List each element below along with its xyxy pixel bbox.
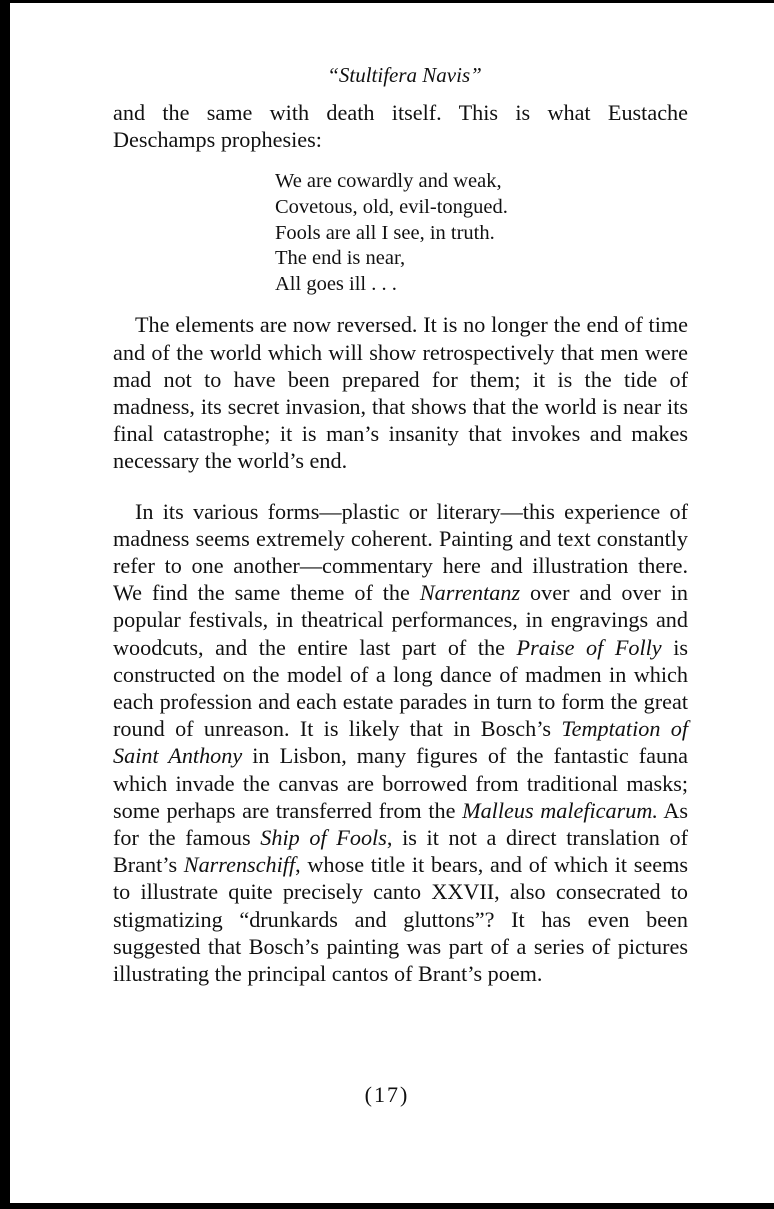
- running-head: “Stultifera Navis”: [121, 60, 688, 90]
- scan-border-left: [0, 0, 10, 1209]
- page-number: (17): [0, 1080, 774, 1110]
- verse-line: The end is near,: [275, 246, 688, 272]
- paragraph-various-forms: In its various forms—plastic or literary…: [113, 498, 688, 988]
- verse-line: All goes ill . . .: [275, 272, 688, 298]
- book-page: “Stultifera Navis” and the same with dea…: [113, 60, 688, 987]
- italic-title-praise-of-folly: Praise of Folly: [517, 635, 662, 660]
- paragraph-continuation: and the same with death itself. This is …: [113, 99, 688, 153]
- scan-border-bottom: [10, 1203, 774, 1209]
- verse-quotation: We are cowardly and weak, Covetous, old,…: [275, 169, 688, 297]
- paragraph-spacer: [113, 475, 688, 498]
- italic-title-narrenschiff: Narrenschiff: [184, 852, 295, 877]
- verse-line: We are cowardly and weak,: [275, 169, 688, 195]
- italic-title-malleus: Malleus maleficarum.: [462, 798, 658, 823]
- verse-line: Covetous, old, evil-tongued.: [275, 195, 688, 221]
- italic-title-narrentanz: Narrentanz: [420, 580, 520, 605]
- paragraph-elements-reversed: The elements are now reversed. It is no …: [113, 311, 688, 474]
- italic-title-ship-of-fools: Ship of Fools: [260, 825, 387, 850]
- scan-border-top: [0, 0, 774, 3]
- verse-line: Fools are all I see, in truth.: [275, 221, 688, 247]
